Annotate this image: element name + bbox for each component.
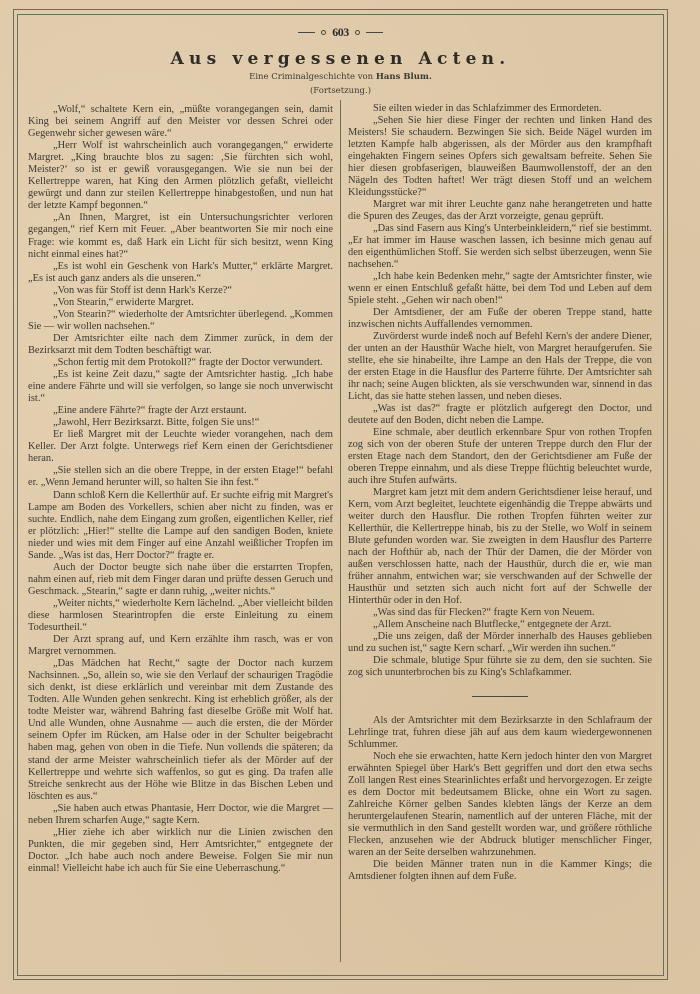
ornament-circle-right-icon	[355, 30, 360, 35]
paragraph: Der Amtsrichter eilte nach dem Zimmer zu…	[28, 333, 333, 357]
column-divider	[340, 100, 341, 962]
paragraph: „Wolf,“ schaltete Kern ein, „müßte voran…	[28, 104, 333, 140]
paragraph: „Herr Wolf ist wahrscheinlich auch voran…	[28, 140, 333, 212]
article-subtitle: Eine Criminalgeschichte von Hans Blum.	[17, 72, 664, 82]
ornament-rule-right	[366, 32, 383, 33]
paragraph: „Von Stearin,“ erwiderte Margret.	[28, 297, 333, 309]
paragraph: Auch der Doctor beugte sich nahe über di…	[28, 562, 333, 598]
paragraph: „Jawohl, Herr Bezirksarzt. Bitte, folgen…	[28, 417, 333, 429]
paragraph: Noch ehe sie erwachten, hatte Kern jedoc…	[348, 751, 652, 859]
paragraph: „Das sind Fasern aus King's Unterbeinkle…	[348, 223, 652, 271]
paragraph: „Das Mädchen hat Recht,“ sagte der Docto…	[28, 658, 333, 803]
paragraph: „Was ist das?“ fragte er plötzlich aufge…	[348, 403, 652, 427]
page-number: 603	[332, 25, 349, 40]
author-name: Hans Blum.	[376, 72, 432, 82]
paragraph: Der Arzt sprang auf, und Kern erzählte i…	[28, 634, 333, 658]
paragraph: „Es ist wohl ein Geschenk von Hark's Mut…	[28, 261, 333, 285]
paragraph: Die schmale, blutige Spur führte sie zu …	[348, 655, 652, 679]
paragraph: „Von was für Stoff ist denn Hark's Kerze…	[28, 285, 333, 297]
paragraph: Als der Amtsrichter mit dem Bezirksarzte…	[348, 715, 652, 751]
paragraph: „Hier ziehe ich aber wirklich nur die Li…	[28, 827, 333, 875]
paragraph: „Eine andere Fährte?“ fragte der Arzt er…	[28, 405, 333, 417]
paragraph: Margret war mit ihrer Leuchte ganz nahe …	[348, 199, 652, 223]
paragraph: Der Amtsdiener, der am Fuße der oberen T…	[348, 307, 652, 331]
paragraph: „Ich habe kein Bedenken mehr,“ sagte der…	[348, 271, 652, 307]
ornament-circle-left-icon	[321, 30, 326, 35]
article-title: Aus vergessenen Acten.	[17, 49, 664, 69]
paragraph: Die beiden Männer traten nun in die Kamm…	[348, 859, 652, 883]
paragraph: „Sie stellen sich an die obere Treppe, i…	[28, 465, 333, 489]
paragraph: Margret kam jetzt mit dem andern Gericht…	[348, 487, 652, 607]
paragraph: Dann schloß Kern die Kellerthür auf. Er …	[28, 490, 333, 562]
paragraph: „Was sind das für Flecken?“ fragte Kern …	[348, 607, 652, 619]
paragraph: „Allem Anscheine nach Blutflecke,“ entge…	[348, 619, 652, 631]
left-column: „Wolf,“ schaltete Kern ein, „müßte voran…	[28, 104, 333, 875]
paragraph: „An Ihnen, Margret, ist ein Untersuchung…	[28, 212, 333, 260]
paragraph: „Die uns zeigen, daß der Mörder innerhal…	[348, 631, 652, 655]
paragraph: „Sehen Sie hier diese Finger der rechten…	[348, 115, 652, 199]
paragraph: „Weiter nichts,“ wiederholte Kern lächel…	[28, 598, 333, 634]
paragraph: „Es ist keine Zeit dazu,“ sagte der Amts…	[28, 369, 333, 405]
ornament-rule-left	[298, 32, 315, 33]
continuation-note: (Fortsetzung.)	[17, 86, 664, 96]
paragraph: „Sie haben auch etwas Phantasie, Herr Do…	[28, 803, 333, 827]
paragraph: Zuvörderst wurde indeß noch auf Befehl K…	[348, 331, 652, 403]
right-column: Sie eilten wieder in das Schlafzimmer de…	[348, 103, 652, 883]
page-number-row: 603	[17, 25, 664, 40]
paragraph: Sie eilten wieder in das Schlafzimmer de…	[348, 103, 652, 115]
section-break-rule	[472, 696, 528, 697]
paragraph: Eine schmale, aber deutlich erkennbare S…	[348, 427, 652, 487]
paragraph: „Von Stearin?“ wiederholte der Amtsricht…	[28, 309, 333, 333]
paragraph: „Schon fertig mit dem Protokoll?“ fragte…	[28, 357, 333, 369]
paragraph: Er ließ Margret mit der Leuchte wieder v…	[28, 429, 333, 465]
subtitle-text: Eine Criminalgeschichte von	[249, 72, 373, 82]
